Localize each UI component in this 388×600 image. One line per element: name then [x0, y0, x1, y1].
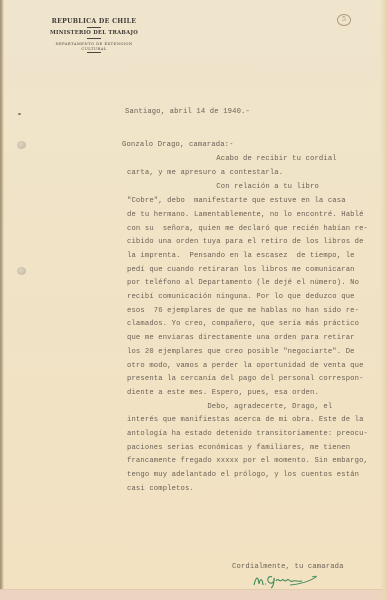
- document-page: 5 REPUBLICA DE CHILE MINISTERIO DEL TRAB…: [0, 0, 388, 600]
- body-line: los 20 ejemplares que creo posible "nego…: [127, 346, 355, 360]
- letter-date: Santiago, abril 14 de 1940.-: [125, 106, 250, 120]
- body-line: Con relación a tu libro: [127, 181, 319, 195]
- body-line: recibí comunicación ninguna. Por lo que …: [127, 291, 355, 305]
- body-line: Acabo de recibir tu cordial: [127, 153, 337, 167]
- body-line: paciones serias económicas y familiares,…: [127, 442, 350, 456]
- body-line: cibido una orden tuya para el retiro de …: [127, 236, 364, 250]
- body-line: francamente fregado xxxxx por el momento…: [127, 455, 368, 469]
- body-line: antología ha estado detenido transitoria…: [127, 428, 368, 442]
- letterhead: REPUBLICA DE CHILE MINISTERIO DEL TRABAJ…: [46, 18, 142, 55]
- body-line: "Cobre", debo manifestarte que estuve en…: [127, 195, 346, 209]
- signature-icon: [250, 571, 322, 589]
- body-line: presenta la cercanía del pago del person…: [127, 373, 364, 387]
- body-line: la imprenta. Pensando en la escasez de t…: [127, 250, 355, 264]
- body-line: pedí que cuando retiraran los libros me …: [127, 264, 355, 278]
- paper-speck: [18, 113, 21, 115]
- punch-hole-icon: [17, 141, 26, 149]
- body-line: esos 76 ejemplares de que me hablas no h…: [127, 305, 359, 319]
- body-line: carta, y me apresuro a contestarla.: [127, 167, 283, 181]
- body-line: tengo muy adelantado el prólogo, y los c…: [127, 469, 359, 483]
- page-number-stamp: 5: [337, 14, 351, 26]
- letter-salutation: Gonzalo Drago, camarada:-: [122, 139, 234, 153]
- body-line: que me enviaras directamente una orden p…: [127, 332, 355, 346]
- letterhead-ministry: MINISTERIO DEL TRABAJO: [46, 30, 142, 37]
- letterhead-divider: [87, 52, 101, 53]
- body-line: de tu hermano. Lamentablemente, no lo en…: [127, 209, 364, 223]
- letterhead-country: REPUBLICA DE CHILE: [46, 18, 142, 26]
- body-line: interés que manifiestas acerca de mi obr…: [127, 414, 364, 428]
- body-line: clamados. Yo creo, compañero, que sería …: [127, 318, 359, 332]
- body-line: Debo, agradecerte, Drago, el: [127, 401, 332, 415]
- letterhead-divider: [87, 27, 101, 28]
- letterhead-department-cont: CULTURAL: [46, 46, 142, 51]
- body-line: diente a este mes. Espero, pues, esa ord…: [127, 387, 319, 401]
- body-line: otro modo, vamos a perder la oportunidad…: [127, 360, 364, 374]
- body-line: por teléfono al Departamento (le dejé el…: [127, 277, 359, 291]
- scan-bottom-edge: [0, 589, 388, 600]
- letterhead-divider: [87, 38, 101, 39]
- body-line: con su señora, quien me declaró que reci…: [127, 223, 368, 237]
- punch-hole-icon: [17, 267, 26, 275]
- body-line: casi completos.: [127, 483, 194, 497]
